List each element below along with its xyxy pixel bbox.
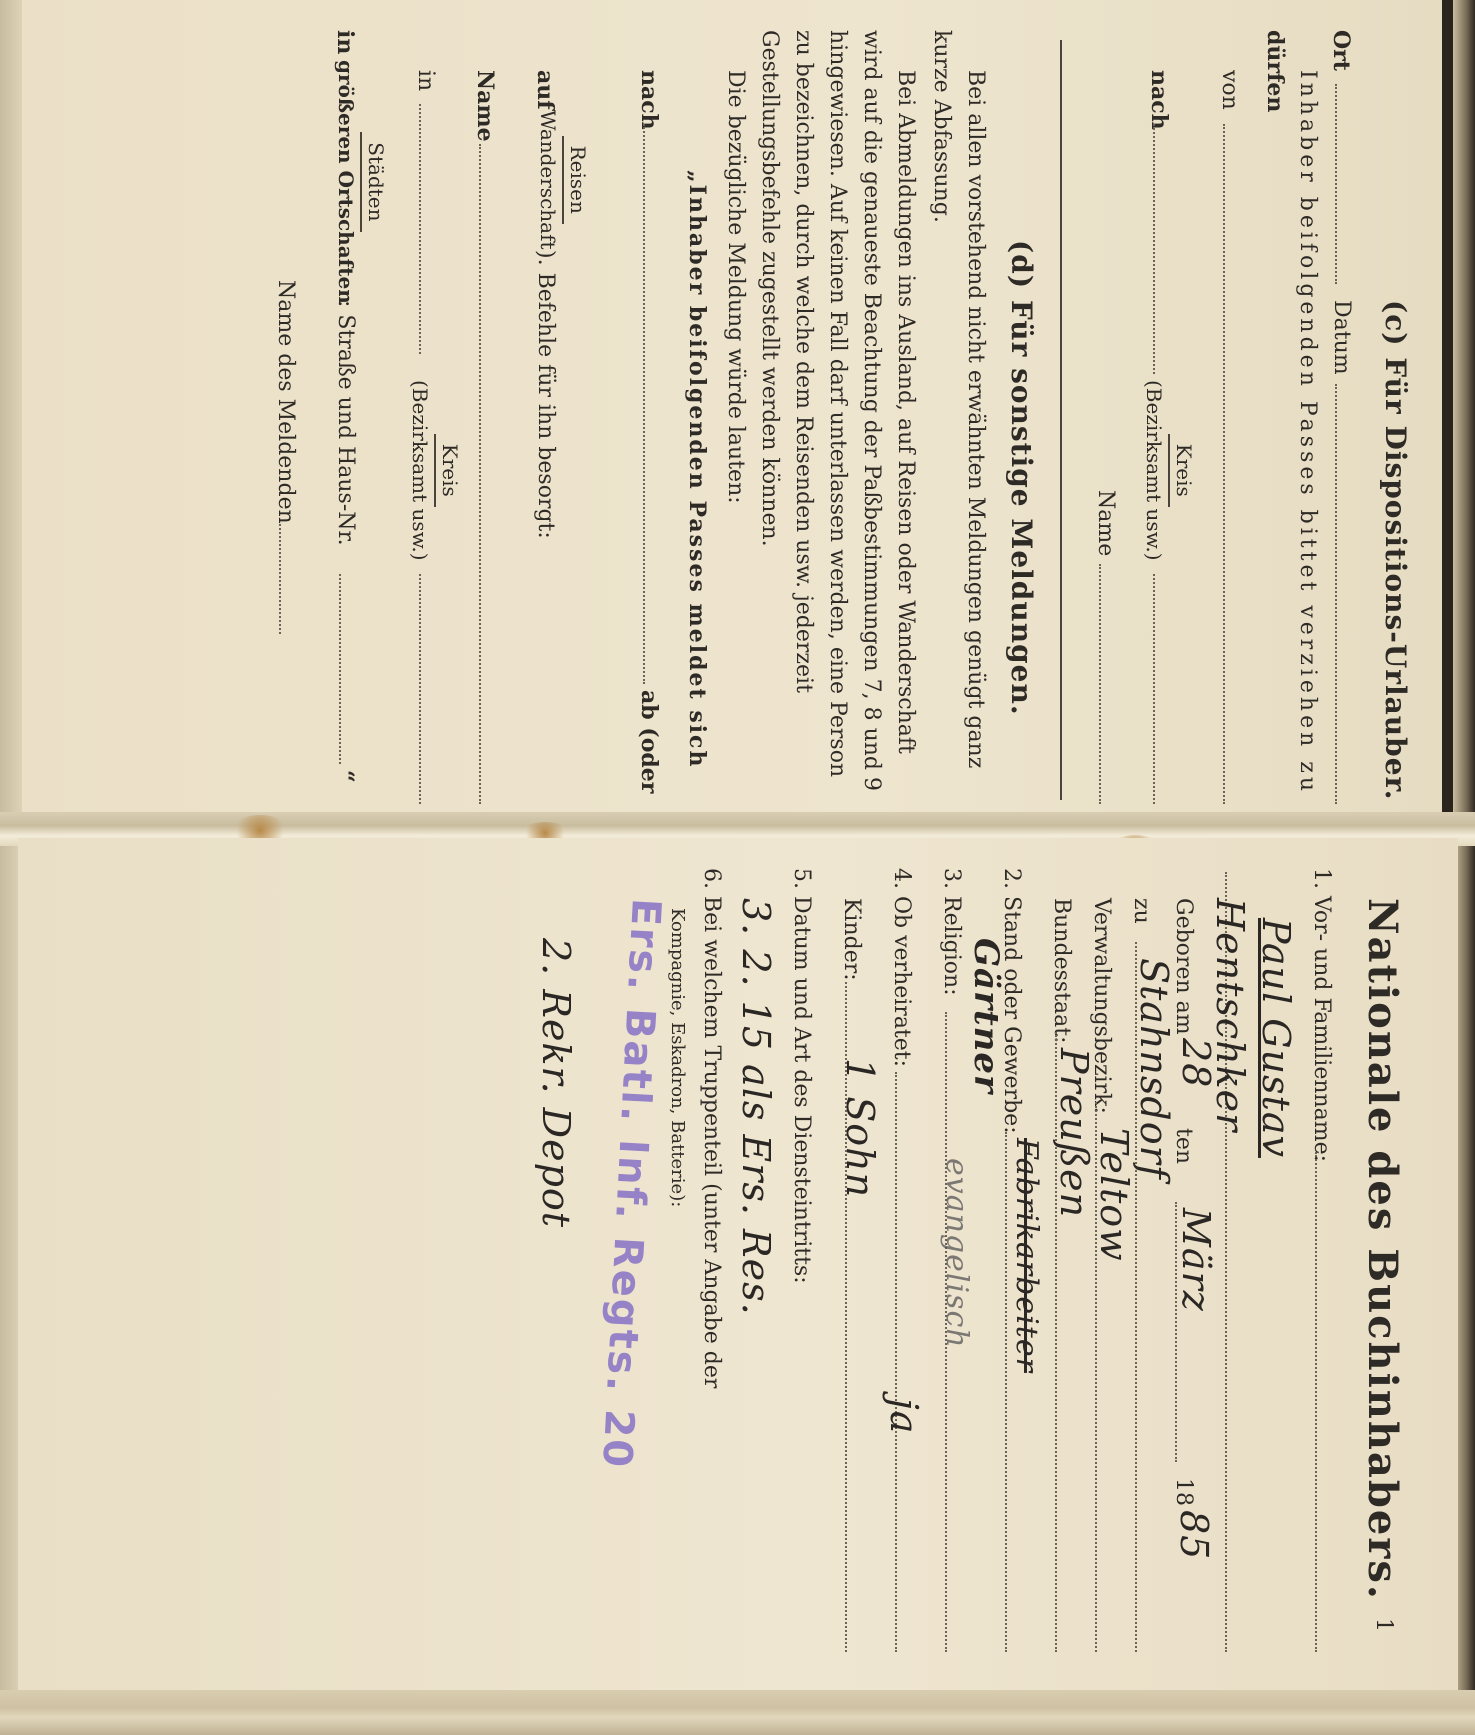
name-meldenden-field: [279, 524, 282, 634]
befehle-text: ). Befehle für ihn besorgt:: [528, 250, 562, 539]
in-field: [419, 104, 422, 354]
name2-label: Name: [468, 70, 502, 142]
quote-end: “: [328, 770, 362, 783]
left-page-continued: auf Reisen Wanderschaft ). Befehle für i…: [22, 0, 1442, 820]
auf-label: auf: [528, 70, 562, 110]
book-spread: (c) Für Dispositions-Urlauber. Ort Datum…: [0, 0, 1475, 1735]
reisen-fraction: Reisen Wanderschaft: [536, 110, 590, 250]
kreis2-field: [419, 574, 422, 804]
kreis2-fraction: Kreis (Bezirksamt usw.): [408, 380, 462, 561]
staedten-fraction: Städten größeren Ortschaften: [334, 60, 388, 304]
in-label: in: [408, 70, 442, 91]
name-meldenden-label: Name des Meldenden: [268, 280, 302, 524]
right-page-overlay: 2. Rekr. Depot: [18, 838, 1458, 1698]
unit-value: 2. Rekr. Depot: [534, 938, 578, 1228]
strasse-text: : Straße und Haus-Nr.: [328, 300, 362, 546]
strasse-field: [339, 574, 342, 764]
book-edge-bottom: [0, 1690, 1475, 1735]
name2-field: [479, 144, 482, 804]
in2-label: in: [328, 30, 362, 54]
